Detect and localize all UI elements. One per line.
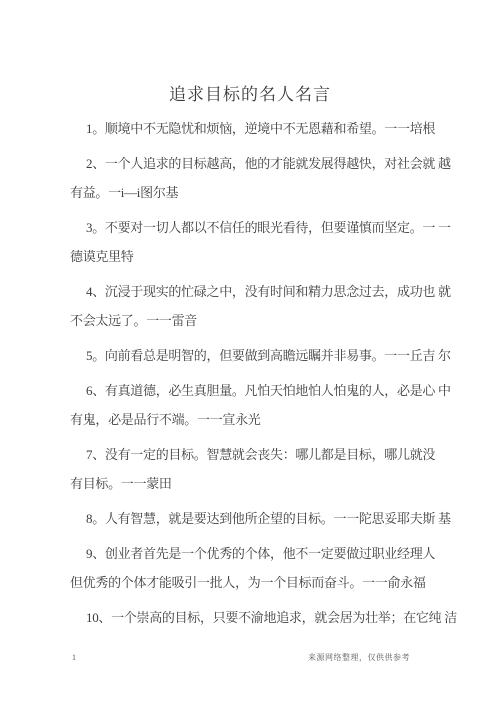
- footer-note: 来源网络整理，仅供供参考: [308, 652, 410, 663]
- text-line: 2、一个人追求的目标越高，他的才能就发展得越快，对社会就 越: [70, 149, 432, 178]
- text-line: 1。顺境中不无隐忧和烦恼，逆境中不无恩藉和希望。一一培根: [70, 114, 432, 143]
- lines: 1。顺境中不无隐忧和烦恼，逆境中不无恩藉和希望。一一培根2、一个人追求的目标越高…: [70, 114, 432, 632]
- text-line: 德谟克里特: [70, 242, 432, 271]
- page-number: 1: [72, 653, 77, 662]
- page-footer: 1 来源网络整理，仅供供参考: [72, 652, 410, 663]
- text-line: 7、没有一定的目标。智慧就会丧失：哪儿都是目标，哪儿就没: [70, 440, 432, 469]
- text-line: 不会太远了。一一雷音: [70, 306, 432, 335]
- document-title: 追求目标的名人名言: [0, 84, 500, 106]
- text-line: 有目标。一一蒙田: [70, 469, 432, 498]
- text-line: 有益。一i—i图尔基: [70, 178, 432, 207]
- text-line: 8。人有智慧，就是要达到他所企望的目标。一一陀思妥耶夫斯 基: [70, 504, 432, 533]
- text-line: 6、有真道德，必生真胆量。凡怕天怕地怕人怕鬼的人，必是心 中: [70, 376, 432, 405]
- document-page: 追求目标的名人名言 1。顺境中不无隐忧和烦恼，逆境中不无恩藉和希望。一一培根2、…: [0, 0, 500, 708]
- text-line: 但优秀的个体才能吸引一批人，为一个目标而奋斗。一一俞永福: [70, 568, 432, 597]
- text-line: 4、沉浸于现实的忙碌之中，没有时间和精力思念过去，成功也 就: [70, 277, 432, 306]
- text-line: 9、创业者首先是一个优秀的个体，他不一定要做过职业经理人: [70, 539, 432, 568]
- text-line: 有鬼，必是品行不端。一一宣永光: [70, 405, 432, 434]
- text-line: 3。不要对一切人都以不信任的眼光看待，但要谨慎而坚定。一 一: [70, 213, 432, 242]
- text-line: 10、一个崇高的目标，只要不渝地追求，就会居为壮举；在它纯 洁: [70, 603, 432, 632]
- text-line: 5。向前看总是明智的，但要做到高瞻远瞩并非易事。一一丘吉 尔: [70, 341, 432, 370]
